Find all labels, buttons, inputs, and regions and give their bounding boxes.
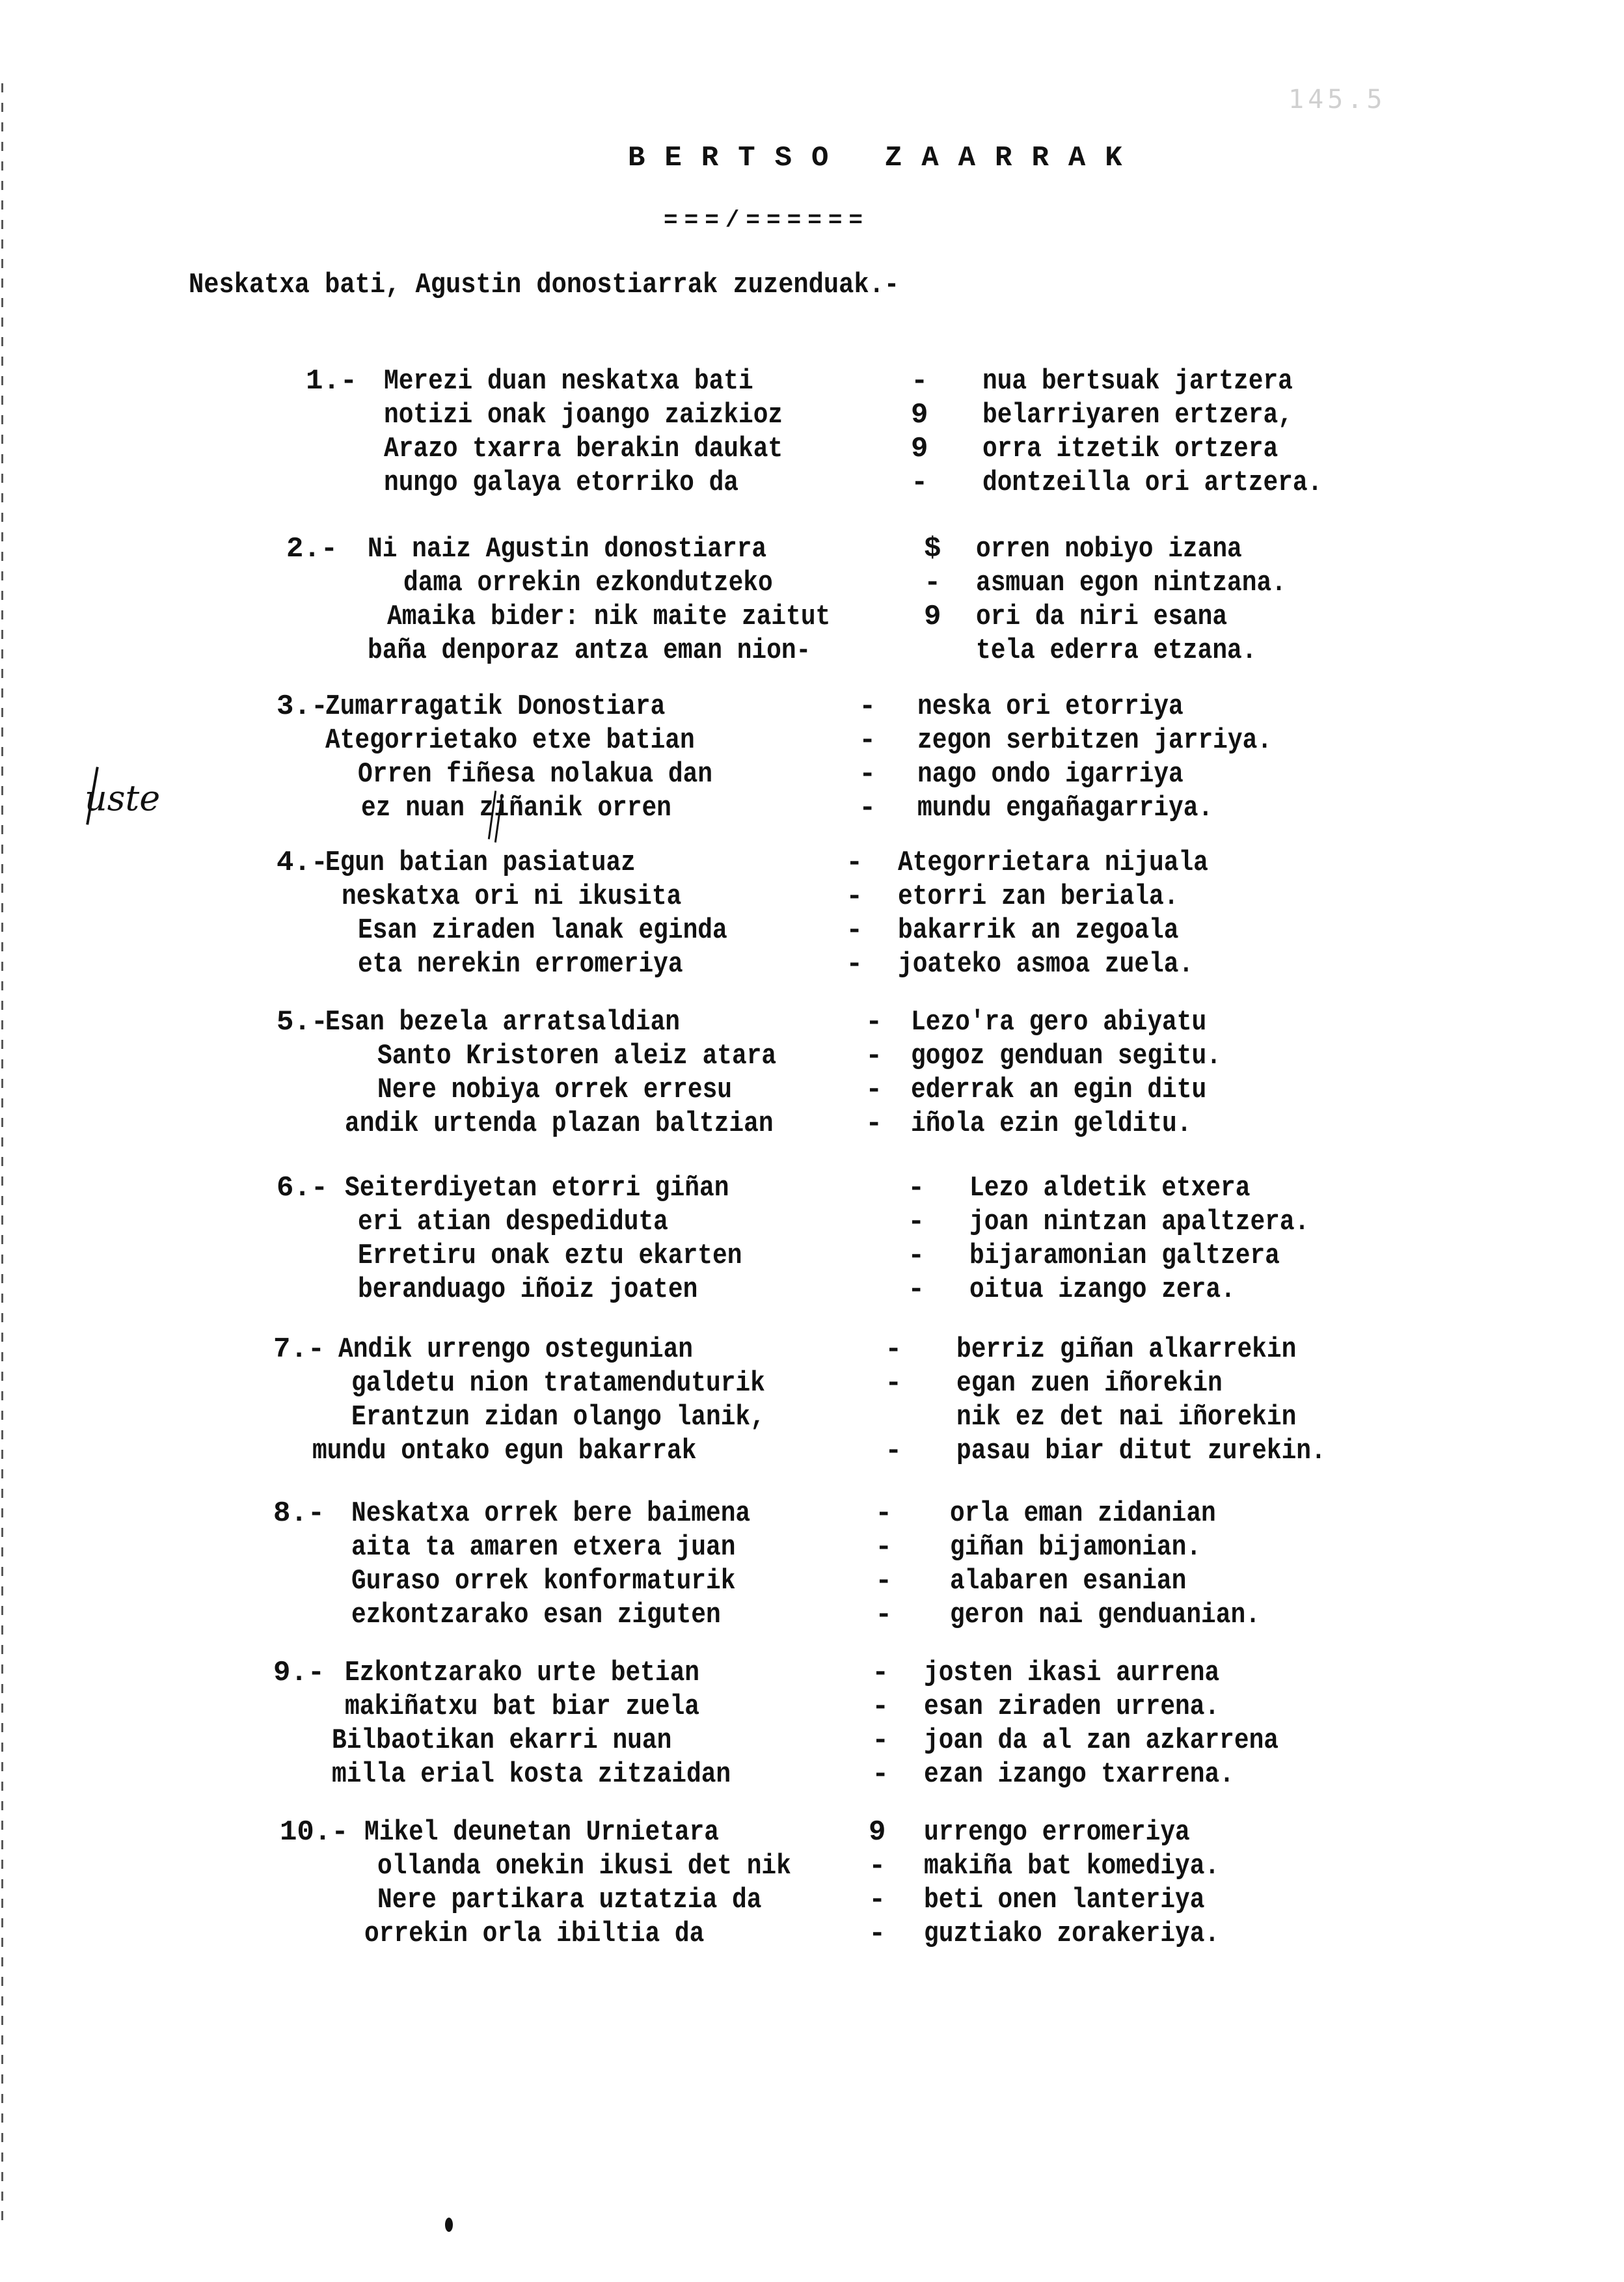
verse-first-half: Neskatxa orrek bere baimena bbox=[351, 1497, 815, 1530]
verse-separator: 9 bbox=[869, 1815, 886, 1849]
verse-separator: - bbox=[846, 846, 863, 880]
stanza-number: 1.- bbox=[306, 364, 357, 398]
verse-line: ollanda onekin ikusi det nik-makiña bat … bbox=[0, 1849, 1624, 1883]
stanza: 4.-Egun batian pasiatuaz-Ategorrietara n… bbox=[0, 846, 1624, 981]
verse-first-half: Orren fiñesa nolakua dan bbox=[358, 757, 770, 791]
verse-second-half: Ategorrietara nijuala bbox=[898, 846, 1259, 880]
verse-line: dama orrekin ezkondutzeko-asmuan egon ni… bbox=[0, 566, 1624, 600]
verse-line: Guraso orrek konformaturik-alabaren esan… bbox=[0, 1564, 1624, 1598]
verse-first-half: Merezi duan neskatxa bati bbox=[384, 364, 813, 398]
verse-separator: - bbox=[846, 914, 863, 947]
verse-first-half: Erantzun zidan olango lanik, bbox=[351, 1400, 832, 1434]
verse-line: Orren fiñesa nolakua dan-nago ondo igarr… bbox=[0, 757, 1624, 791]
verse-first-half: dama orrekin ezkondutzeko bbox=[403, 566, 833, 600]
verse-first-half: Egun batian pasiatuaz bbox=[325, 846, 686, 880]
verse-separator: - bbox=[869, 1849, 886, 1883]
stanza: 1.-Merezi duan neskatxa bati-nua bertsua… bbox=[0, 364, 1624, 500]
stanza-number: 9.- bbox=[273, 1656, 325, 1690]
verse-separator: - bbox=[875, 1530, 892, 1564]
verse-separator: - bbox=[924, 566, 941, 600]
verse-line: ez nuan ziñanik orren-mundu engañagarriy… bbox=[0, 791, 1624, 825]
verse-second-half: joan da al zan azkarrena bbox=[924, 1724, 1336, 1758]
verse-first-half: neskatxa ori ni ikusita bbox=[342, 880, 737, 914]
verse-separator: - bbox=[911, 364, 928, 398]
verse-second-half: guztiako zorakeriya. bbox=[924, 1917, 1267, 1951]
verse-separator: - bbox=[908, 1171, 925, 1205]
verse-second-half: makiña bat komediya. bbox=[924, 1849, 1267, 1883]
stanza-number: 3.- bbox=[277, 690, 328, 724]
verse-second-half: etorri zan beriala. bbox=[898, 880, 1225, 914]
verse-second-half: ederrak an egin ditu bbox=[911, 1073, 1254, 1107]
verse-line: Erantzun zidan olango lanik,nik ez det n… bbox=[0, 1400, 1624, 1434]
verse-separator: - bbox=[908, 1239, 925, 1273]
verse-first-half: makiñatxu bat biar zuela bbox=[345, 1690, 757, 1724]
archive-stamp: 145.5 bbox=[1288, 85, 1386, 115]
verse-separator: - bbox=[885, 1333, 902, 1366]
verse-separator: - bbox=[872, 1758, 889, 1791]
verse-first-half: Ategorrietako etxe batian bbox=[325, 724, 755, 757]
verse-second-half: Lezo aldetik etxera bbox=[969, 1171, 1296, 1205]
verse-first-half: baña denporaz antza eman nion- bbox=[368, 634, 883, 668]
verse-first-half: galdetu nion tratamenduturik bbox=[351, 1366, 832, 1400]
stanza-number: 8.- bbox=[273, 1497, 325, 1530]
verse-separator: - bbox=[869, 1917, 886, 1951]
verse-line: Ategorrietako etxe batian-zegon serbitze… bbox=[0, 724, 1624, 757]
verse-line: 5.-Esan bezela arratsaldian-Lezo'ra gero… bbox=[0, 1005, 1624, 1039]
verse-first-half: Bilbaotikan ekarri nuan bbox=[332, 1724, 727, 1758]
verse-separator: - bbox=[908, 1205, 925, 1239]
stanza-number: 6.- bbox=[277, 1171, 328, 1205]
verse-separator: 9 bbox=[924, 600, 941, 634]
verse-line: galdetu nion tratamenduturik-egan zuen i… bbox=[0, 1366, 1624, 1400]
verse-second-half: egan zuen iñorekin bbox=[956, 1366, 1265, 1400]
verse-second-half: alabaren esanian bbox=[950, 1564, 1225, 1598]
verse-separator: - bbox=[859, 690, 876, 724]
verse-first-half: Nere nobiya orrek erresu bbox=[377, 1073, 790, 1107]
verse-separator: - bbox=[865, 1073, 882, 1107]
stanza: 7.-Andik urrengo ostegunian-berriz giñan… bbox=[0, 1333, 1624, 1468]
stanza-number: 10.- bbox=[280, 1815, 349, 1849]
verse-second-half: joateko asmoa zuela. bbox=[898, 947, 1241, 981]
stanza: 8.-Neskatxa orrek bere baimena-orla eman… bbox=[0, 1497, 1624, 1632]
stanza: 10.-Mikel deunetan Urnietara9urrengo err… bbox=[0, 1815, 1624, 1951]
verse-first-half: eri atian despediduta bbox=[358, 1205, 719, 1239]
verse-second-half: geron nai genduanian. bbox=[950, 1598, 1311, 1632]
verse-separator: - bbox=[875, 1564, 892, 1598]
verse-first-half: Esan bezela arratsaldian bbox=[325, 1005, 738, 1039]
verse-second-half: berriz giñan alkarrekin bbox=[956, 1333, 1351, 1366]
verse-second-half: nua bertsuak jartzera bbox=[982, 364, 1344, 398]
verse-second-half: beti onen lanteriya bbox=[924, 1883, 1251, 1917]
verse-separator: 9 bbox=[911, 398, 928, 432]
verse-line: Nere nobiya orrek erresu-ederrak an egin… bbox=[0, 1073, 1624, 1107]
verse-line: 10.-Mikel deunetan Urnietara9urrengo err… bbox=[0, 1815, 1624, 1849]
verse-first-half: ez nuan ziñanik orren bbox=[361, 791, 722, 825]
verse-second-half: mundu engañagarriya. bbox=[917, 791, 1261, 825]
verse-second-half: ezan izango txarrena. bbox=[924, 1758, 1285, 1791]
verse-line: eri atian despediduta-joan nintzan apalt… bbox=[0, 1205, 1624, 1239]
verse-second-half: iñola ezin gelditu. bbox=[911, 1107, 1238, 1141]
verse-separator: - bbox=[859, 757, 876, 791]
verse-second-half: giñan bijamonian. bbox=[950, 1530, 1242, 1564]
stanza: 5.-Esan bezela arratsaldian-Lezo'ra gero… bbox=[0, 1005, 1624, 1141]
verse-separator: - bbox=[846, 947, 863, 981]
stanza: 6.-Seiterdiyetan etorri giñan-Lezo aldet… bbox=[0, 1171, 1624, 1307]
verse-separator: $ bbox=[924, 532, 941, 566]
verse-second-half: bakarrik an zegoala bbox=[898, 914, 1225, 947]
verse-second-half: urrengo erromeriya bbox=[924, 1815, 1233, 1849]
verse-line: milla erial kosta zitzaidan-ezan izango … bbox=[0, 1758, 1624, 1791]
verse-line: baña denporaz antza eman nion-tela ederr… bbox=[0, 634, 1624, 668]
verse-second-half: ori da niri esana bbox=[976, 600, 1268, 634]
verse-second-half: oitua izango zera. bbox=[969, 1273, 1279, 1307]
verse-first-half: ezkontzarako esan ziguten bbox=[351, 1598, 781, 1632]
verse-line: neskatxa ori ni ikusita-etorri zan beria… bbox=[0, 880, 1624, 914]
verse-second-half: tela ederra etzana. bbox=[976, 634, 1303, 668]
verse-first-half: eta nerekin erromeriya bbox=[358, 947, 736, 981]
verse-line: Nere partikara uztatzia da-beti onen lan… bbox=[0, 1883, 1624, 1917]
title-separator: ===/====== bbox=[664, 207, 869, 234]
verse-line: eta nerekin erromeriya-joateko asmoa zue… bbox=[0, 947, 1624, 981]
verse-separator: - bbox=[869, 1883, 886, 1917]
verse-first-half: beranduago iñoiz joaten bbox=[358, 1273, 753, 1307]
verse-first-half: mundu ontako egun bakarrak bbox=[312, 1434, 759, 1468]
verse-line: aita ta amaren etxera juan-giñan bijamon… bbox=[0, 1530, 1624, 1564]
stanza-number: 2.- bbox=[286, 532, 338, 566]
verse-line: beranduago iñoiz joaten-oitua izango zer… bbox=[0, 1273, 1624, 1307]
verse-line: Erretiru onak eztu ekarten-bijaramonian … bbox=[0, 1239, 1624, 1273]
verse-second-half: neska ori etorriya bbox=[917, 690, 1226, 724]
verse-separator: - bbox=[875, 1497, 892, 1530]
verse-line: nungo galaya etorriko da-dontzeilla ori … bbox=[0, 466, 1624, 500]
stanza-number: 5.- bbox=[277, 1005, 328, 1039]
stanza: 3.-Zumarragatik Donostiara-neska ori eto… bbox=[0, 690, 1624, 825]
verse-line: 1.-Merezi duan neskatxa bati-nua bertsua… bbox=[0, 364, 1624, 398]
verse-line: Bilbaotikan ekarri nuan-joan da al zan a… bbox=[0, 1724, 1624, 1758]
verse-second-half: orla eman zidanian bbox=[950, 1497, 1259, 1530]
verse-first-half: Nere partikara uztatzia da bbox=[377, 1883, 824, 1917]
verse-first-half: Mikel deunetan Urnietara bbox=[364, 1815, 777, 1849]
verse-separator: - bbox=[872, 1690, 889, 1724]
verse-line: 4.-Egun batian pasiatuaz-Ategorrietara n… bbox=[0, 846, 1624, 880]
verse-first-half: ollanda onekin ikusi det nik bbox=[377, 1849, 858, 1883]
verse-line: notizi onak joango zaizkioz9belarriyaren… bbox=[0, 398, 1624, 432]
verse-separator: - bbox=[865, 1107, 882, 1141]
verse-line: Arazo txarra berakin daukat9orra itzetik… bbox=[0, 432, 1624, 466]
stanza-number: 7.- bbox=[273, 1333, 325, 1366]
verse-first-half: Andik urrengo ostegunian bbox=[338, 1333, 751, 1366]
verse-line: orrekin orla ibiltia da-guztiako zoraker… bbox=[0, 1917, 1624, 1951]
verse-first-half: Guraso orrek konformaturik bbox=[351, 1564, 798, 1598]
verse-separator: - bbox=[885, 1366, 902, 1400]
verse-second-half: gogoz genduan segitu. bbox=[911, 1039, 1272, 1073]
verse-second-half: josten ikasi aurrena bbox=[924, 1656, 1267, 1690]
verse-separator: - bbox=[865, 1039, 882, 1073]
verse-line: 2.-Ni naiz Agustin donostiarra$orren nob… bbox=[0, 532, 1624, 566]
verse-line: 7.-Andik urrengo ostegunian-berriz giñan… bbox=[0, 1333, 1624, 1366]
verse-separator: - bbox=[846, 880, 863, 914]
verse-first-half: Amaika bider: nik maite zaitut bbox=[387, 600, 902, 634]
verse-second-half: asmuan egon nintzana. bbox=[976, 566, 1337, 600]
ink-dot bbox=[445, 2218, 453, 2232]
verse-second-half: esan ziraden urrena. bbox=[924, 1690, 1267, 1724]
verse-first-half: nungo galaya etorriko da bbox=[384, 466, 796, 500]
verse-first-half: Ezkontzarako urte betian bbox=[345, 1656, 757, 1690]
verse-first-half: Arazo txarra berakin daukat bbox=[384, 432, 848, 466]
verse-first-half: aita ta amaren etxera juan bbox=[351, 1530, 798, 1564]
verse-separator: - bbox=[875, 1598, 892, 1632]
verse-line: 8.-Neskatxa orrek bere baimena-orla eman… bbox=[0, 1497, 1624, 1530]
verse-line: andik urtenda plazan baltzian-iñola ezin… bbox=[0, 1107, 1624, 1141]
document-page: 145.5 BERTSO ZAARRAK ===/====== Neskatxa… bbox=[0, 0, 1624, 2282]
verse-second-half: belarriyaren ertzera, bbox=[982, 398, 1344, 432]
verse-first-half: Esan ziraden lanak eginda bbox=[358, 914, 787, 947]
verse-second-half: joan nintzan apaltzera. bbox=[969, 1205, 1364, 1239]
verse-separator: - bbox=[872, 1724, 889, 1758]
verse-first-half: orrekin orla ibiltia da bbox=[364, 1917, 759, 1951]
dedication-line: Neskatxa bati, Agustin donostiarrak zuze… bbox=[189, 269, 899, 301]
verse-line: Esan ziraden lanak eginda-bakarrik an ze… bbox=[0, 914, 1624, 947]
verse-second-half: nago ondo igarriya bbox=[917, 757, 1226, 791]
verse-separator: - bbox=[885, 1434, 902, 1468]
verse-first-half: Erretiru onak eztu ekarten bbox=[358, 1239, 805, 1273]
verse-separator: - bbox=[908, 1273, 925, 1307]
verse-first-half: Santo Kristoren aleiz atara bbox=[377, 1039, 841, 1073]
verse-first-half: Seiterdiyetan etorri giñan bbox=[345, 1171, 792, 1205]
verse-first-half: Zumarragatik Donostiara bbox=[325, 690, 720, 724]
verse-line: 3.-Zumarragatik Donostiara-neska ori eto… bbox=[0, 690, 1624, 724]
verse-line: mundu ontako egun bakarrak-pasau biar di… bbox=[0, 1434, 1624, 1468]
verse-separator: - bbox=[865, 1005, 882, 1039]
stanza-number: 4.- bbox=[277, 846, 328, 880]
stanza: 9.-Ezkontzarako urte betian-josten ikasi… bbox=[0, 1656, 1624, 1791]
verse-first-half: Ni naiz Agustin donostiarra bbox=[368, 532, 832, 566]
verse-separator: - bbox=[859, 791, 876, 825]
verse-line: 9.-Ezkontzarako urte betian-josten ikasi… bbox=[0, 1656, 1624, 1690]
verse-separator: - bbox=[859, 724, 876, 757]
verse-second-half: bijaramonian galtzera bbox=[969, 1239, 1331, 1273]
verse-second-half: zegon serbitzen jarriya. bbox=[917, 724, 1330, 757]
verse-separator: - bbox=[911, 466, 928, 500]
verse-line: ezkontzarako esan ziguten-geron nai gend… bbox=[0, 1598, 1624, 1632]
document-title: BERTSO ZAARRAK bbox=[628, 142, 1142, 174]
verse-separator: - bbox=[872, 1656, 889, 1690]
verse-second-half: pasau biar ditut zurekin. bbox=[956, 1434, 1386, 1468]
verse-second-half: orren nobiyo izana bbox=[976, 532, 1285, 566]
verse-first-half: notizi onak joango zaizkioz bbox=[384, 398, 848, 432]
stanza: 2.-Ni naiz Agustin donostiarra$orren nob… bbox=[0, 532, 1624, 668]
verse-second-half: orra itzetik ortzera bbox=[982, 432, 1326, 466]
verse-second-half: dontzeilla ori artzera. bbox=[982, 466, 1377, 500]
verse-second-half: nik ez det nai iñorekin bbox=[956, 1400, 1351, 1434]
verse-first-half: andik urtenda plazan baltzian bbox=[345, 1107, 843, 1141]
verse-first-half: milla erial kosta zitzaidan bbox=[332, 1758, 796, 1791]
verse-line: 6.-Seiterdiyetan etorri giñan-Lezo aldet… bbox=[0, 1171, 1624, 1205]
verse-line: makiñatxu bat biar zuela-esan ziraden ur… bbox=[0, 1690, 1624, 1724]
verse-second-half: Lezo'ra gero abiyatu bbox=[911, 1005, 1254, 1039]
verse-separator: 9 bbox=[911, 432, 928, 466]
verse-line: Santo Kristoren aleiz atara-gogoz gendua… bbox=[0, 1039, 1624, 1073]
verse-line: Amaika bider: nik maite zaitut9ori da ni… bbox=[0, 600, 1624, 634]
